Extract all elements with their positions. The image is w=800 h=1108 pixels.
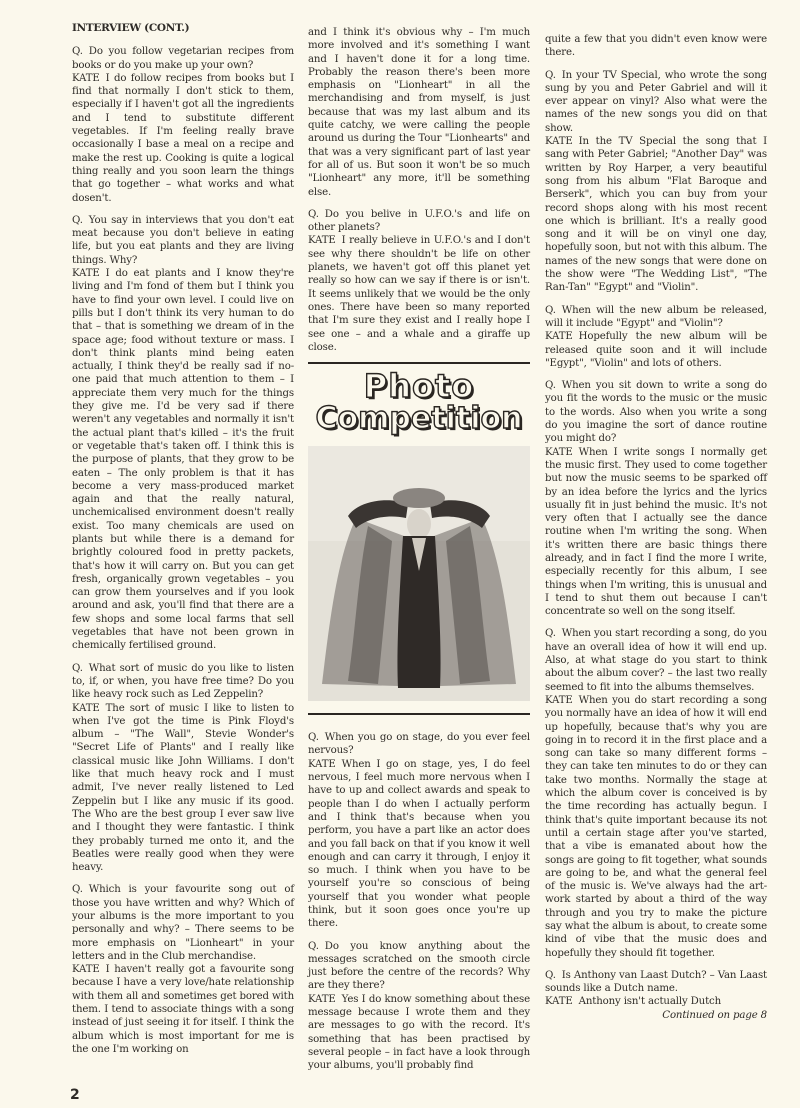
qa-block: Q.Which is your favourite song out of th… [72, 883, 294, 1056]
continued-on-page-link: Continued on page 8 [545, 1009, 767, 1022]
answer: KATEI do follow recipes from books but I… [72, 72, 294, 205]
answer: KATEI haven't really got a favourite son… [72, 963, 294, 1056]
answer: KATEWhen you do start recording a song y… [545, 694, 767, 960]
photo-kate-bush [308, 446, 530, 701]
question: Q.In your TV Special, who wrote the song… [545, 69, 767, 135]
answer: KATEYes I do know something about these … [308, 993, 530, 1073]
qa-block: Q.What sort of music do you like to list… [72, 662, 294, 875]
photo-image [308, 446, 530, 701]
qa-block: Q.Do you belive in U.F.O.'s and life on … [308, 208, 530, 354]
column-2: and I think it's obvious why – I'm much … [308, 26, 530, 1073]
column-1: INTERVIEW (CONT.) Q.Do you follow vegeta… [72, 24, 294, 1056]
question: Q.Is Anthony van Laast Dutch? – Van Laas… [545, 969, 767, 996]
magazine-page: INTERVIEW (CONT.) Q.Do you follow vegeta… [0, 0, 800, 1108]
question: Q.Do you know anything about the message… [308, 940, 530, 993]
answer: KATEThe sort of music I like to listen t… [72, 702, 294, 875]
qa-block: Q.Do you follow vegetarian recipes from … [72, 45, 294, 205]
answer: KATEWhen I go on stage, yes, I do feel n… [308, 758, 530, 931]
answer: KATEWhen I write songs I normally get th… [545, 446, 767, 619]
question: Q.When you go on stage, do you ever feel… [308, 731, 530, 758]
answer: KATEHopefully the new album will be rele… [545, 330, 767, 370]
question: Q.When you sit down to write a song do y… [545, 379, 767, 445]
answer-continuation: quite a few that you didn't even know we… [545, 33, 767, 60]
qa-block: Q.In your TV Special, who wrote the song… [545, 69, 767, 295]
answer: KATEIn the TV Special the song that I sa… [545, 135, 767, 295]
question: Q.What sort of music do you like to list… [72, 662, 294, 702]
qa-block: Q.You say in interviews that you don't e… [72, 214, 294, 653]
question: Q.Which is your favourite song out of th… [72, 883, 294, 963]
answer: KATEI really believe in U.F.O.'s and I d… [308, 234, 530, 354]
qa-block: Q.When you go on stage, do you ever feel… [308, 731, 530, 930]
answer-continuation: and I think it's obvious why – I'm much … [308, 26, 530, 199]
answer: KATEI do eat plants and I know they're l… [72, 267, 294, 653]
page-number: 2 [70, 1087, 80, 1103]
section-heading: INTERVIEW (CONT.) [72, 22, 294, 35]
question: Q.When will the new album be released, w… [545, 304, 767, 331]
question: Q.Do you follow vegetarian recipes from … [72, 45, 294, 72]
qa-block: Q.Is Anthony van Laast Dutch? – Van Laas… [545, 969, 767, 1009]
question: Q.Do you belive in U.F.O.'s and life on … [308, 208, 530, 235]
answer: KATEAnthony isn't actually Dutch [545, 995, 767, 1008]
column-3: quite a few that you didn't even know we… [545, 33, 767, 1022]
qa-block: Q.When you start recording a song, do yo… [545, 627, 767, 959]
divider-rule [308, 713, 530, 715]
qa-block: Q.Do you know anything about the message… [308, 940, 530, 1073]
divider-rule [308, 362, 530, 364]
qa-block: Q.When will the new album be released, w… [545, 304, 767, 370]
photo-competition-title: Photo Competition [308, 370, 530, 434]
question: Q.When you start recording a song, do yo… [545, 627, 767, 693]
qa-block: Q.When you sit down to write a song do y… [545, 379, 767, 618]
question: Q.You say in interviews that you don't e… [72, 214, 294, 267]
